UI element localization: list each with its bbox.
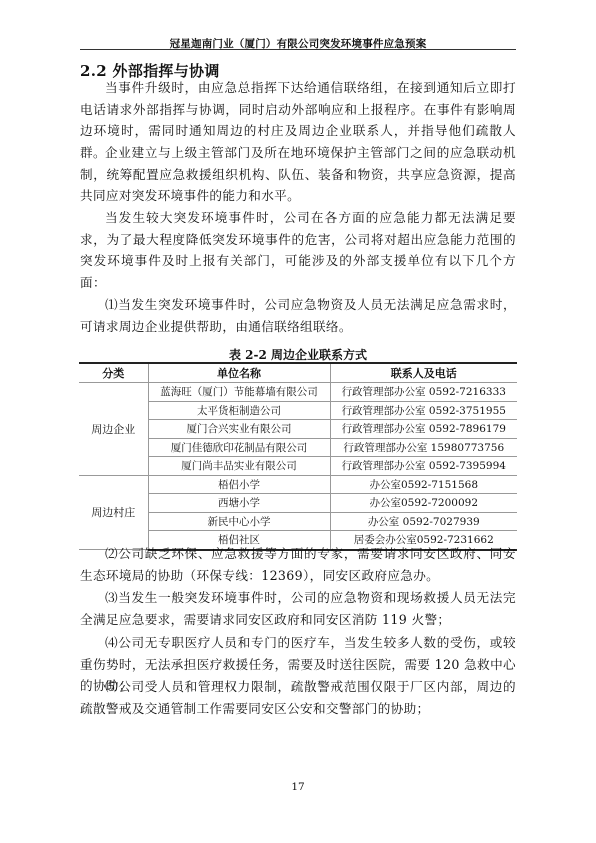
contact-cell: 行政管理部办公室 15980773756 bbox=[330, 438, 517, 457]
contact-cell: 办公室0592-7200092 bbox=[330, 494, 517, 513]
unit-name-cell: 厦门佳德欣印花制品有限公司 bbox=[148, 438, 330, 457]
contact-cell: 行政管理部办公室 0592-7896179 bbox=[330, 420, 517, 439]
contact-cell: 行政管理部办公室 0592-7216333 bbox=[330, 383, 517, 402]
unit-name-cell: 厦门尚丰品实业有限公司 bbox=[148, 457, 330, 476]
contacts-table: 分类 单位名称 联系人及电话 周边企业 蓝海旺（厦门）节能幕墙有限公司 行政管理… bbox=[79, 362, 517, 551]
paragraph-item-1: ⑴当发生突发环境事件时，公司应急物资及人员无法满足应急需求时，可请求周边企业提供… bbox=[80, 294, 516, 337]
table-row: 周边企业 蓝海旺（厦门）节能幕墙有限公司 行政管理部办公室 0592-72163… bbox=[79, 383, 517, 402]
category-cell: 周边村庄 bbox=[79, 475, 148, 550]
contact-cell: 行政管理部办公室 0592-7395994 bbox=[330, 457, 517, 476]
page-number: 17 bbox=[0, 781, 596, 793]
paragraph-major-event: 当发生较大突发环境事件时，公司在各方面的应急能力都无法满足要求，为了最大程度降低… bbox=[80, 207, 516, 293]
unit-name-cell: 西塘小学 bbox=[148, 494, 330, 513]
contact-cell: 办公室0592-7151568 bbox=[330, 475, 517, 494]
table-row: 周边村庄 梧侣小学 办公室0592-7151568 bbox=[79, 475, 517, 494]
contact-cell: 办公室 0592-7027939 bbox=[330, 512, 517, 531]
header-divider bbox=[80, 49, 516, 50]
unit-name-cell: 太平货柜制造公司 bbox=[148, 401, 330, 420]
paragraph-linkage-mechanism: 企业建立与上级主管部门及所在地环境保护主管部门之间的应急联动机制，统筹配置应急救… bbox=[80, 142, 516, 207]
paragraph-item-3: ⑶当发生一般突发环境事件时，公司的应急物资和现场救援人员无法完全满足应急要求，需… bbox=[80, 587, 516, 630]
header-contact: 联系人及电话 bbox=[330, 363, 517, 383]
header-unit-name: 单位名称 bbox=[148, 363, 330, 383]
table-caption: 表 2-2 周边企业联系方式 bbox=[80, 346, 516, 363]
paragraph-item-5: ⑸公司受人员和管理权力限制，疏散警戒范围仅限于厂区内部，周边的疏散警戒及交通管制… bbox=[80, 676, 516, 719]
unit-name-cell: 新民中心小学 bbox=[148, 512, 330, 531]
table-header-row: 分类 单位名称 联系人及电话 bbox=[79, 363, 517, 383]
unit-name-cell: 厦门合兴实业有限公司 bbox=[148, 420, 330, 439]
contact-cell: 行政管理部办公室 0592-3751955 bbox=[330, 401, 517, 420]
unit-name-cell: 梧侣小学 bbox=[148, 475, 330, 494]
paragraph-item-2: ⑵公司缺乏环保、应急救援等方面的专家，需要请求同安区政府、同安生态环境局的协助（… bbox=[80, 543, 516, 586]
unit-name-cell: 蓝海旺（厦门）节能幕墙有限公司 bbox=[148, 383, 330, 402]
category-cell: 周边企业 bbox=[79, 383, 148, 476]
header-category: 分类 bbox=[79, 363, 148, 383]
